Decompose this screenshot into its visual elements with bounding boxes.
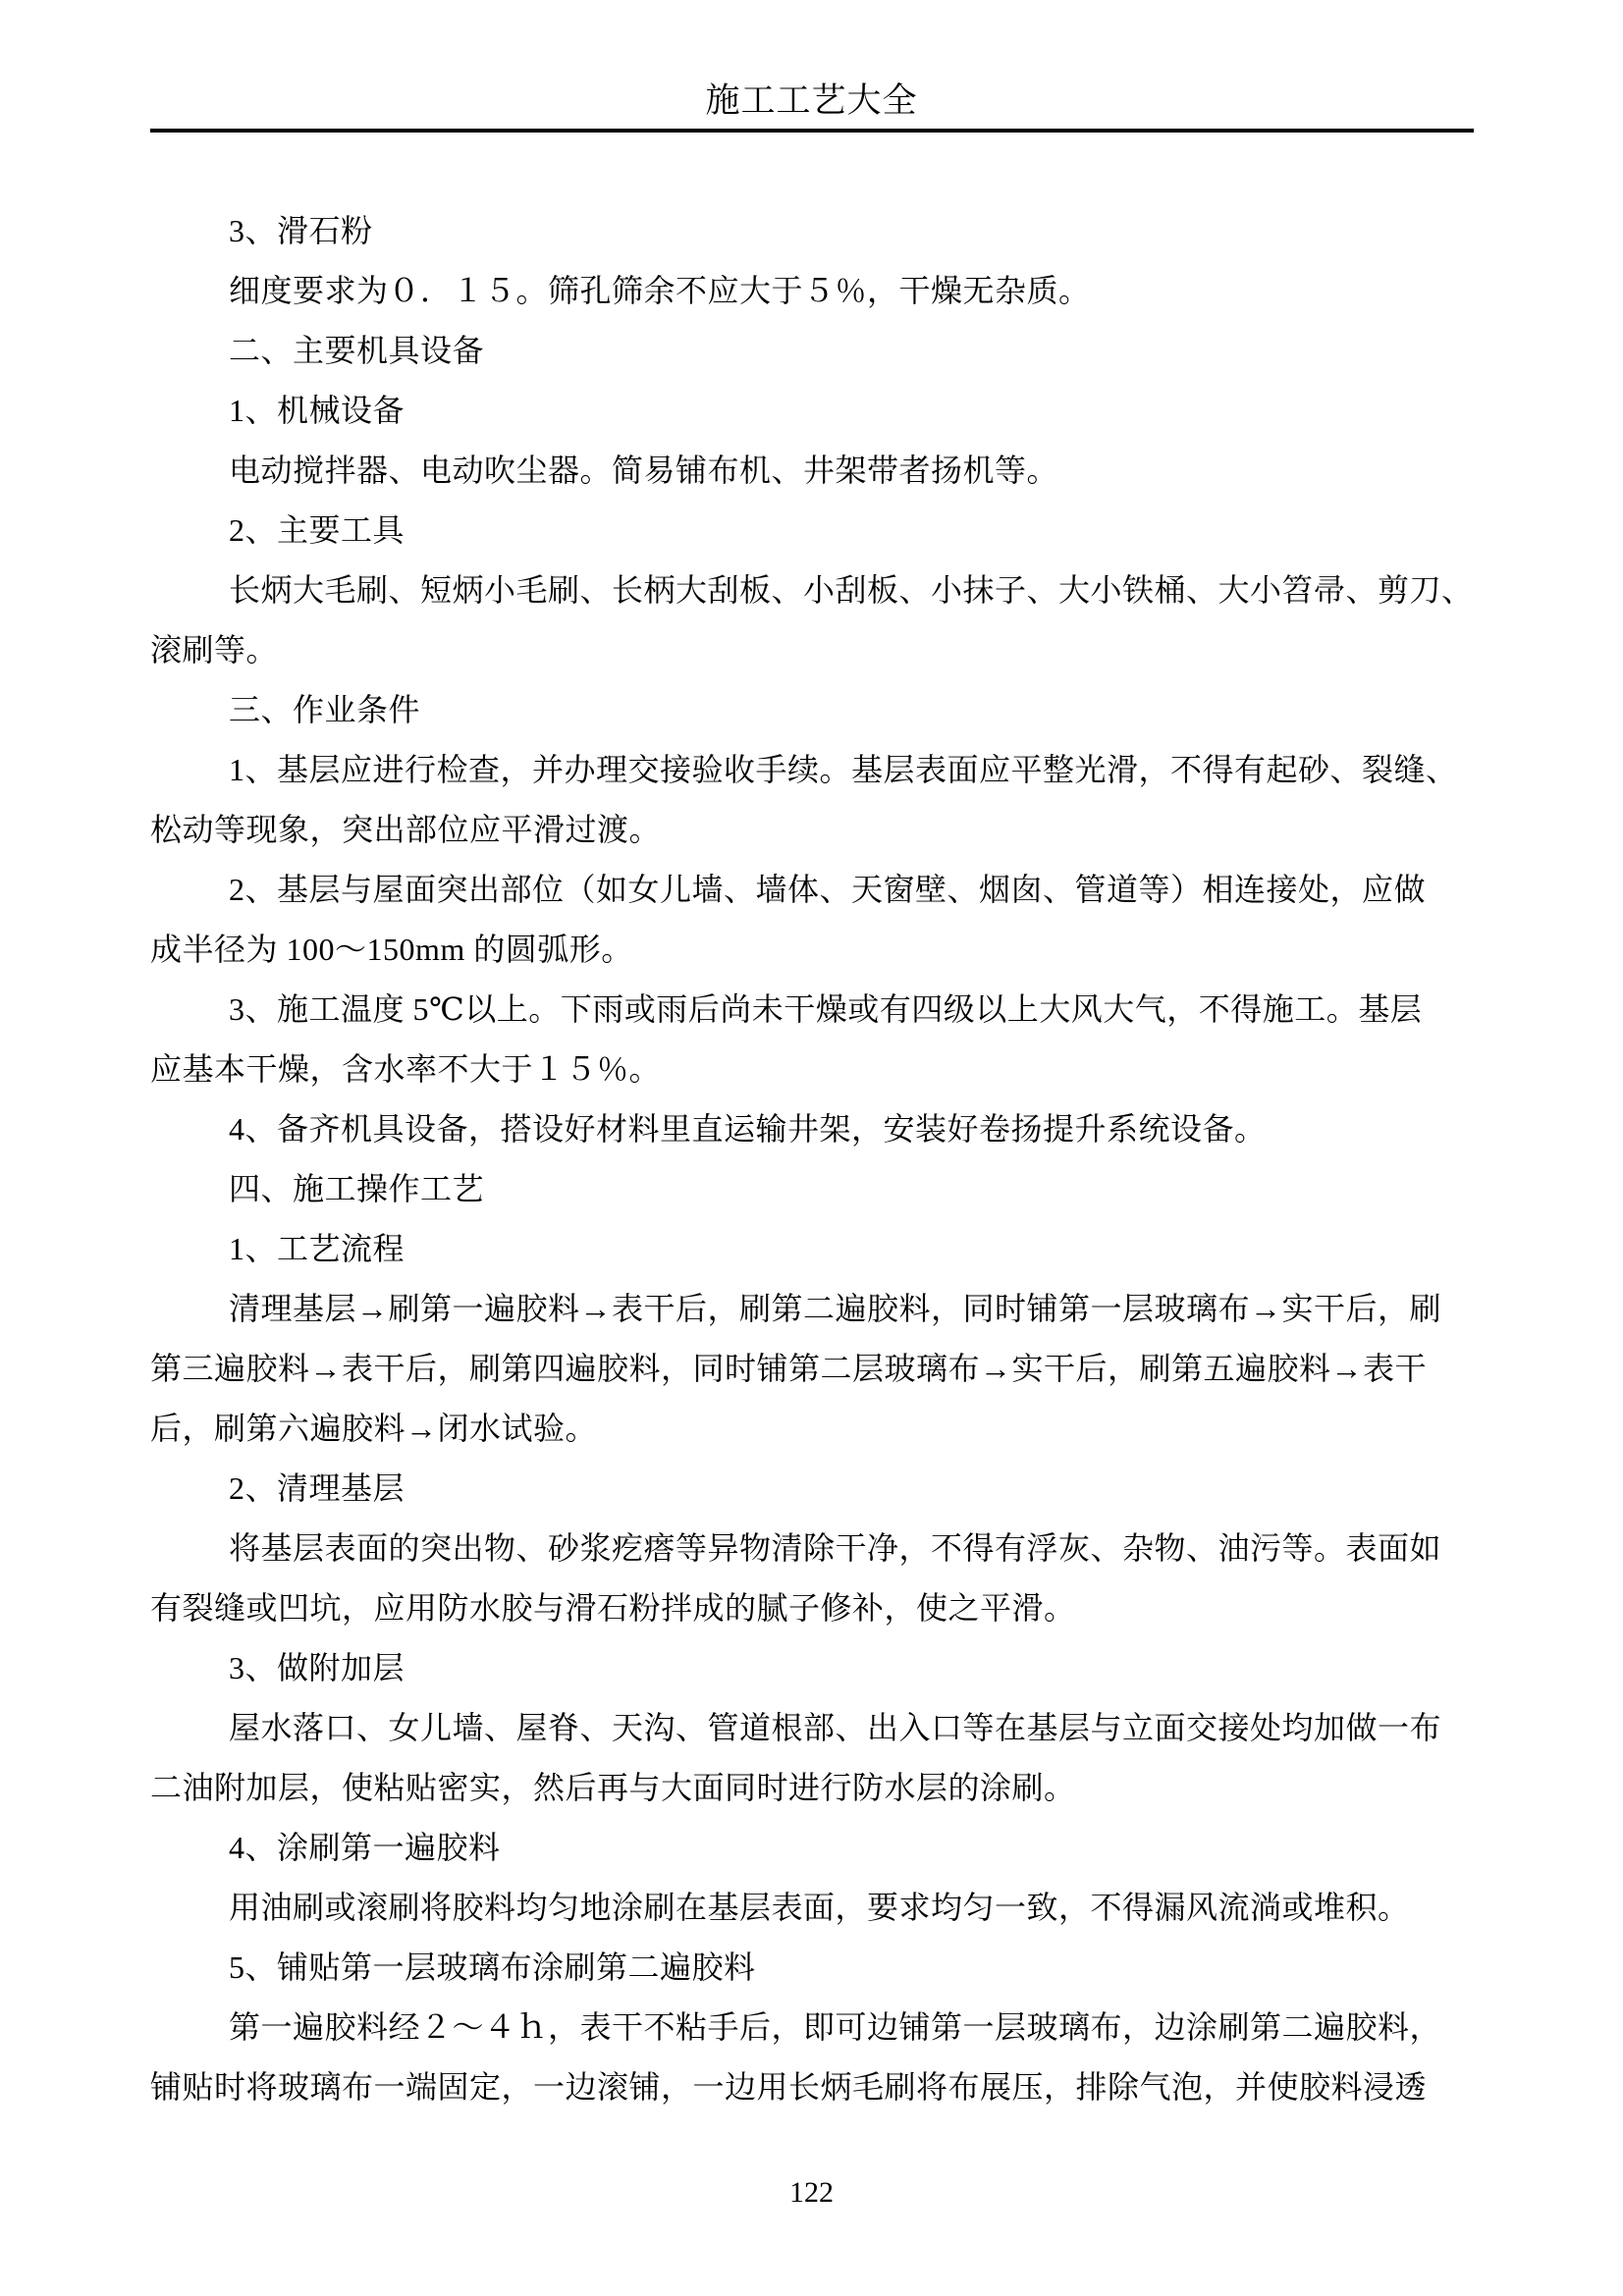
text-line: 第三遍胶料→表干后，刷第四遍胶料，同时铺第二层玻璃布→实干后，刷第五遍胶料→表干 <box>150 1339 1474 1399</box>
text-line: 后，刷第六遍胶料→闭水试验。 <box>150 1399 1474 1459</box>
text-line: 将基层表面的突出物、砂浆疙瘩等异物清除干净，不得有浮灰、杂物、油污等。表面如 <box>150 1519 1474 1578</box>
text-line: 3、施工温度 5℃以上。下雨或雨后尚未干燥或有四级以上大风大气，不得施工。基层 <box>150 980 1474 1040</box>
header-divider <box>150 129 1474 133</box>
text-line: 3、滑石粉 <box>150 201 1474 261</box>
text-line: 2、清理基层 <box>150 1459 1474 1519</box>
text-line: 屋水落口、女儿墙、屋脊、天沟、管道根部、出入口等在基层与立面交接处均加做一布 <box>150 1698 1474 1758</box>
text-line: 铺贴时将玻璃布一端固定，一边滚铺，一边用长炳毛刷将布展压，排除气泡，并使胶料浸透 <box>150 2057 1474 2117</box>
text-line: 1、机械设备 <box>150 381 1474 441</box>
document-body: 3、滑石粉细度要求为０．１５。筛孔筛余不应大于５％，干燥无杂质。二、主要机具设备… <box>150 201 1474 2117</box>
text-line: 有裂缝或凹坑，应用防水胶与滑石粉拌成的腻子修补，使之平滑。 <box>150 1578 1474 1638</box>
text-line: 2、基层与屋面突出部位（如女儿墙、墙体、天窗壁、烟囱、管道等）相连接处，应做 <box>150 860 1474 920</box>
text-line: 滚刷等。 <box>150 620 1474 680</box>
page-header-title: 施工工艺大全 <box>0 80 1623 122</box>
text-line: 四、施工操作工艺 <box>150 1159 1474 1219</box>
text-line: 清理基层→刷第一遍胶料→表干后，刷第二遍胶料，同时铺第一层玻璃布→实干后，刷 <box>150 1279 1474 1339</box>
text-line: 用油刷或滚刷将胶料均匀地涂刷在基层表面，要求均匀一致，不得漏风流淌或堆积。 <box>150 1878 1474 1938</box>
text-line: 三、作业条件 <box>150 680 1474 740</box>
text-line: 松动等现象，突出部位应平滑过渡。 <box>150 800 1474 860</box>
text-line: 二、主要机具设备 <box>150 321 1474 381</box>
text-line: 3、做附加层 <box>150 1638 1474 1698</box>
text-line: 第一遍胶料经２～４ｈ，表干不粘手后，即可边铺第一层玻璃布，边涂刷第二遍胶料， <box>150 1998 1474 2057</box>
page-number: 122 <box>0 2177 1623 2209</box>
text-line: 细度要求为０．１５。筛孔筛余不应大于５％，干燥无杂质。 <box>150 261 1474 321</box>
text-line: 2、主要工具 <box>150 501 1474 561</box>
text-line: 1、基层应进行检查，并办理交接验收手续。基层表面应平整光滑，不得有起砂、裂缝、 <box>150 740 1474 800</box>
text-line: 5、铺贴第一层玻璃布涂刷第二遍胶料 <box>150 1938 1474 1998</box>
text-line: 电动搅拌器、电动吹尘器。简易铺布机、井架带者扬机等。 <box>150 441 1474 501</box>
text-line: 长炳大毛刷、短炳小毛刷、长柄大刮板、小刮板、小抹子、大小铁桶、大小笤帚、剪刀、 <box>150 561 1474 620</box>
text-line: 成半径为 100～150mm 的圆弧形。 <box>150 920 1474 980</box>
text-line: 应基本干燥，含水率不大于１５％。 <box>150 1040 1474 1099</box>
text-line: 4、备齐机具设备，搭设好材料里直运输井架，安装好卷扬提升系统设备。 <box>150 1099 1474 1159</box>
document-page: 施工工艺大全 3、滑石粉细度要求为０．１５。筛孔筛余不应大于５％，干燥无杂质。二… <box>0 0 1623 2296</box>
text-line: 二油附加层，使粘贴密实，然后再与大面同时进行防水层的涂刷。 <box>150 1758 1474 1818</box>
text-line: 4、涂刷第一遍胶料 <box>150 1818 1474 1878</box>
text-line: 1、工艺流程 <box>150 1219 1474 1279</box>
